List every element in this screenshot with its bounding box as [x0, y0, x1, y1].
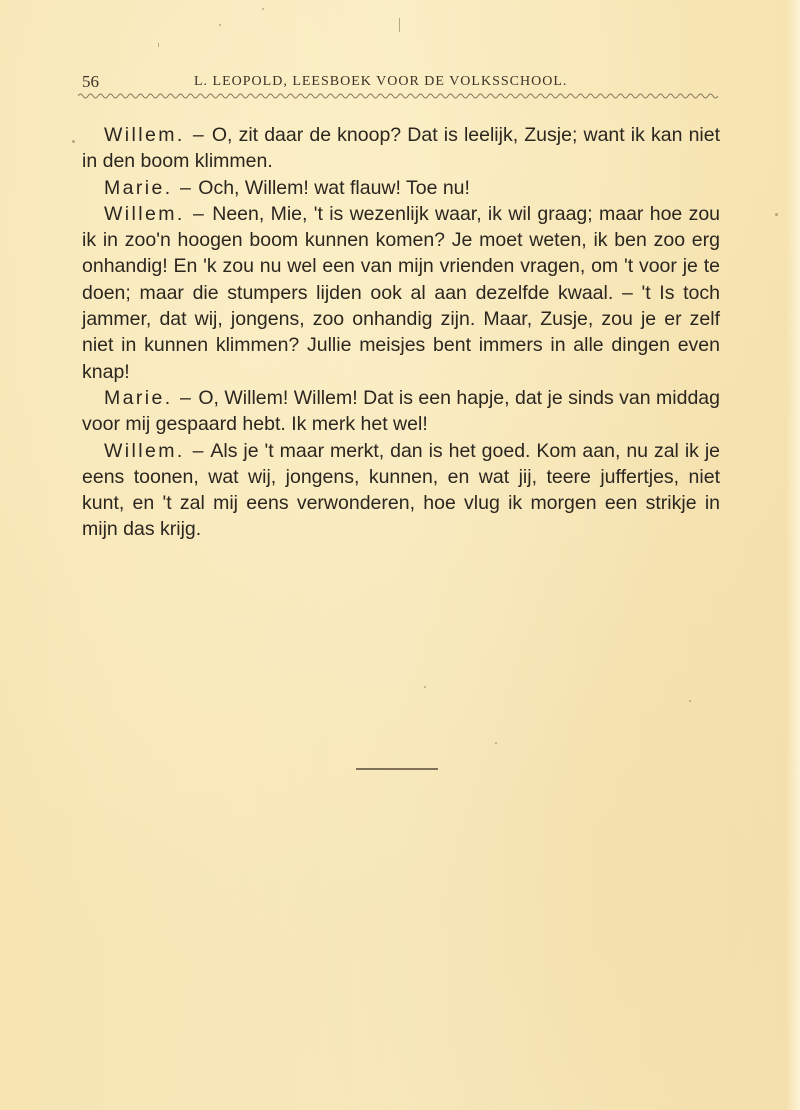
dialogue-dash: –: [191, 203, 206, 225]
speaker-name: Marie.: [104, 387, 173, 409]
dialogue-line: Neen, Mie, 't is wezenlijk waar, ik wil …: [82, 203, 720, 383]
dialogue-text: Willem. – O, zit daar de knoop? Dat is l…: [82, 122, 720, 543]
paper-speck: [495, 742, 497, 744]
paper-speck: [424, 686, 426, 688]
speaker-name: Willem.: [104, 203, 185, 225]
paper-speck: [72, 140, 75, 143]
paper-speck: [775, 213, 778, 216]
page-number: 56: [82, 72, 99, 92]
dialogue-paragraph: Willem. – Neen, Mie, 't is wezenlijk waa…: [82, 201, 720, 385]
dialogue-dash: –: [178, 387, 193, 409]
speaker-name: Willem.: [104, 440, 185, 462]
dialogue-paragraph: Willem. – Als je 't maar merkt, dan is h…: [82, 438, 720, 543]
paper-speck: [158, 43, 159, 47]
dialogue-line: Och, Willem! wat flauw! Toe nu!: [198, 177, 470, 199]
section-separator-rule: [356, 768, 438, 770]
dialogue-paragraph: Marie. – O, Willem! Willem! Dat is een h…: [82, 385, 720, 438]
paper-speck: [689, 700, 691, 702]
dialogue-dash: –: [178, 177, 193, 199]
speaker-name: Willem.: [104, 124, 185, 146]
paper-speck: [219, 24, 221, 26]
wavy-rule: [78, 91, 720, 101]
dialogue-paragraph: Marie. – Och, Willem! wat flauw! Toe nu!: [82, 175, 720, 201]
book-page: 56 L. LEOPOLD, LEESBOEK VOOR DE VOLKSSCH…: [0, 0, 800, 1110]
speaker-name: Marie.: [104, 177, 173, 199]
paper-speck: [262, 8, 264, 10]
dialogue-dash: –: [191, 440, 206, 462]
paper-speck: [399, 18, 400, 32]
running-head-title: L. LEOPOLD, LEESBOEK VOOR DE VOLKSSCHOOL…: [194, 74, 567, 90]
dialogue-paragraph: Willem. – O, zit daar de knoop? Dat is l…: [82, 122, 720, 175]
dialogue-dash: –: [191, 124, 206, 146]
page-edge: [786, 0, 800, 1110]
